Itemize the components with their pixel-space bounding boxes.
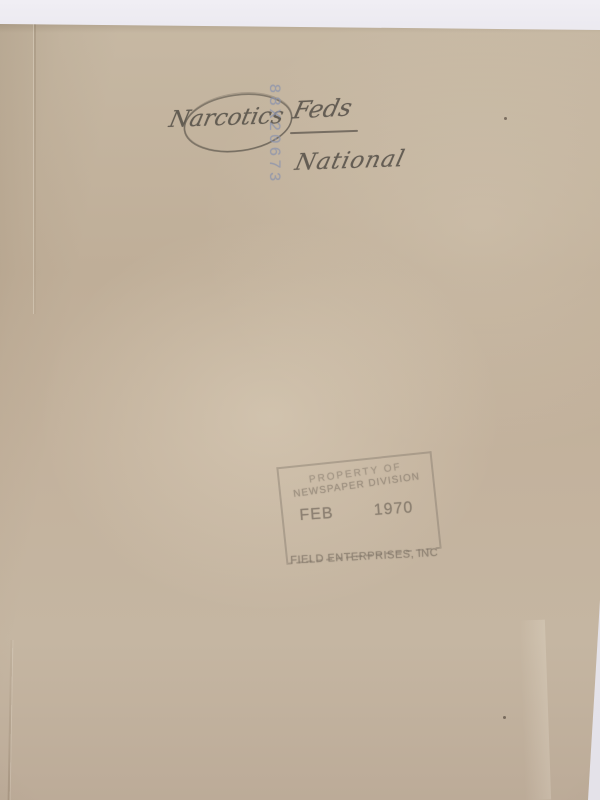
- property-stamp-year: 1970: [373, 499, 414, 520]
- archive-number-stamp: 88X20673: [265, 59, 283, 209]
- property-stamp-month: FEB: [299, 505, 334, 525]
- paper-sheet: Narcotics Feds National 88X20673 PROPERT…: [0, 0, 600, 800]
- paper-crease-bottom-left: [8, 640, 13, 800]
- handwriting-feds: Feds: [290, 94, 355, 125]
- property-stamp-company: FIELD ENTERPRISES, INC: [279, 546, 450, 567]
- dust-speck: [504, 117, 507, 120]
- property-stamp-date: FEB 1970: [283, 498, 436, 527]
- property-stamp: PROPERTY OF NEWSPAPER DIVISION FEB 1970 …: [276, 451, 441, 565]
- paper-crease-bottom-right: [519, 620, 551, 800]
- dust-speck: [503, 716, 506, 719]
- handwriting-national: National: [292, 146, 407, 176]
- paper-top-edge-shadow: [0, 24, 600, 33]
- handwriting-underline: [290, 130, 358, 134]
- paper-crease-left: [34, 24, 36, 314]
- photo-backdrop: Narcotics Feds National 88X20673 PROPERT…: [0, 0, 600, 800]
